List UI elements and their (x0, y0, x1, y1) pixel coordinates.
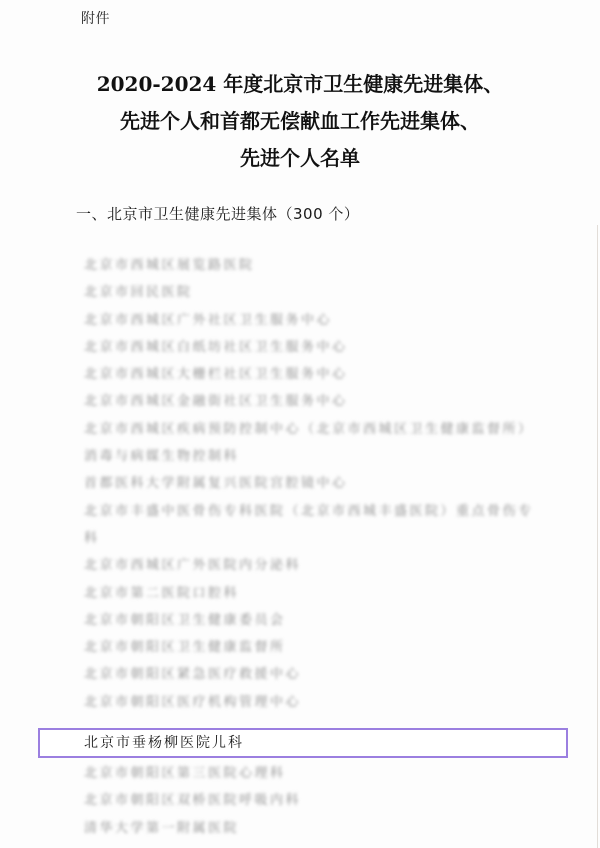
entry-list-after: 北京市朝阳区第三医院心理科 北京市朝阳区双桥医院呼吸内科 清华大学第一附属医院 (84, 760, 564, 842)
document-page: 附件 2020-2024 年度北京市卫生健康先进集体、 先进个人和首都无偿献血工… (0, 0, 600, 848)
page-edge-divider (597, 225, 598, 848)
list-item: 北京市西城区广外医院内分泌科 (84, 552, 564, 579)
list-item: 北京市朝阳区卫生健康委员会 (84, 607, 564, 634)
list-item: 北京市朝阳区紧急医疗救援中心 (84, 661, 564, 688)
list-item: 北京市西城区疾病预防控制中心（北京市西城区卫生健康监督所） (84, 416, 564, 443)
list-item: 首都医科大学附属复兴医院宫腔镜中心 (84, 470, 564, 497)
list-item: 北京市第二医院口腔科 (84, 580, 564, 607)
list-item: 北京市丰盛中医骨伤专科医院（北京市西城丰盛医院）重点骨伤专 (84, 498, 564, 525)
list-item: 北京市西城区白纸坊社区卫生服务中心 (84, 334, 564, 361)
section-heading: 一、北京市卫生健康先进集体（300 个） (76, 203, 359, 224)
highlighted-entry-box: 北京市垂杨柳医院儿科 (38, 728, 568, 758)
list-item: 科 (84, 525, 564, 552)
list-item: 清华大学第一附属医院 (84, 815, 564, 842)
list-item: 北京市回民医院 (84, 279, 564, 306)
list-item: 北京市西城区大栅栏社区卫生服务中心 (84, 361, 564, 388)
list-item: 消毒与病媒生物控制科 (84, 443, 564, 470)
list-item: 北京市西城区展览路医院 (84, 252, 564, 279)
entry-list-before: 北京市西城区展览路医院 北京市回民医院 北京市西城区广外社区卫生服务中心 北京市… (84, 252, 564, 716)
title-line-3: 先进个人名单 (0, 140, 600, 177)
list-item: 北京市朝阳区医疗机构管理中心 (84, 689, 564, 716)
list-item: 北京市朝阳区第三医院心理科 (84, 760, 564, 787)
title-line-2: 先进个人和首都无偿献血工作先进集体、 (0, 103, 600, 140)
list-item: 北京市朝阳区卫生健康监督所 (84, 634, 564, 661)
title-line-1: 2020-2024 年度北京市卫生健康先进集体、 (0, 66, 600, 103)
list-item: 北京市西城区金融街社区卫生服务中心 (84, 388, 564, 415)
highlighted-entry: 北京市垂杨柳医院儿科 (84, 730, 244, 756)
document-title: 2020-2024 年度北京市卫生健康先进集体、 先进个人和首都无偿献血工作先进… (0, 66, 600, 177)
attachment-label: 附件 (81, 8, 110, 28)
list-item: 北京市西城区广外社区卫生服务中心 (84, 307, 564, 334)
list-item: 北京市朝阳区双桥医院呼吸内科 (84, 787, 564, 814)
